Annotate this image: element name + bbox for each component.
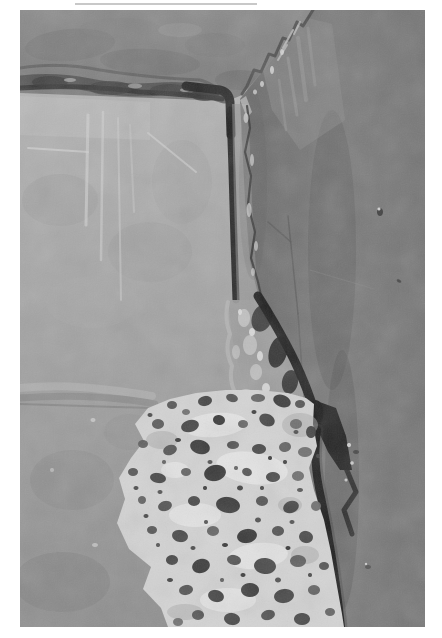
photo-svg bbox=[0, 0, 442, 638]
page-edge-artifact bbox=[75, 3, 257, 5]
grain-texture bbox=[20, 10, 425, 627]
photo-grain bbox=[20, 10, 425, 627]
concrete-corner-photo bbox=[0, 0, 442, 638]
page-edge-layer bbox=[75, 3, 257, 5]
page bbox=[0, 0, 442, 638]
